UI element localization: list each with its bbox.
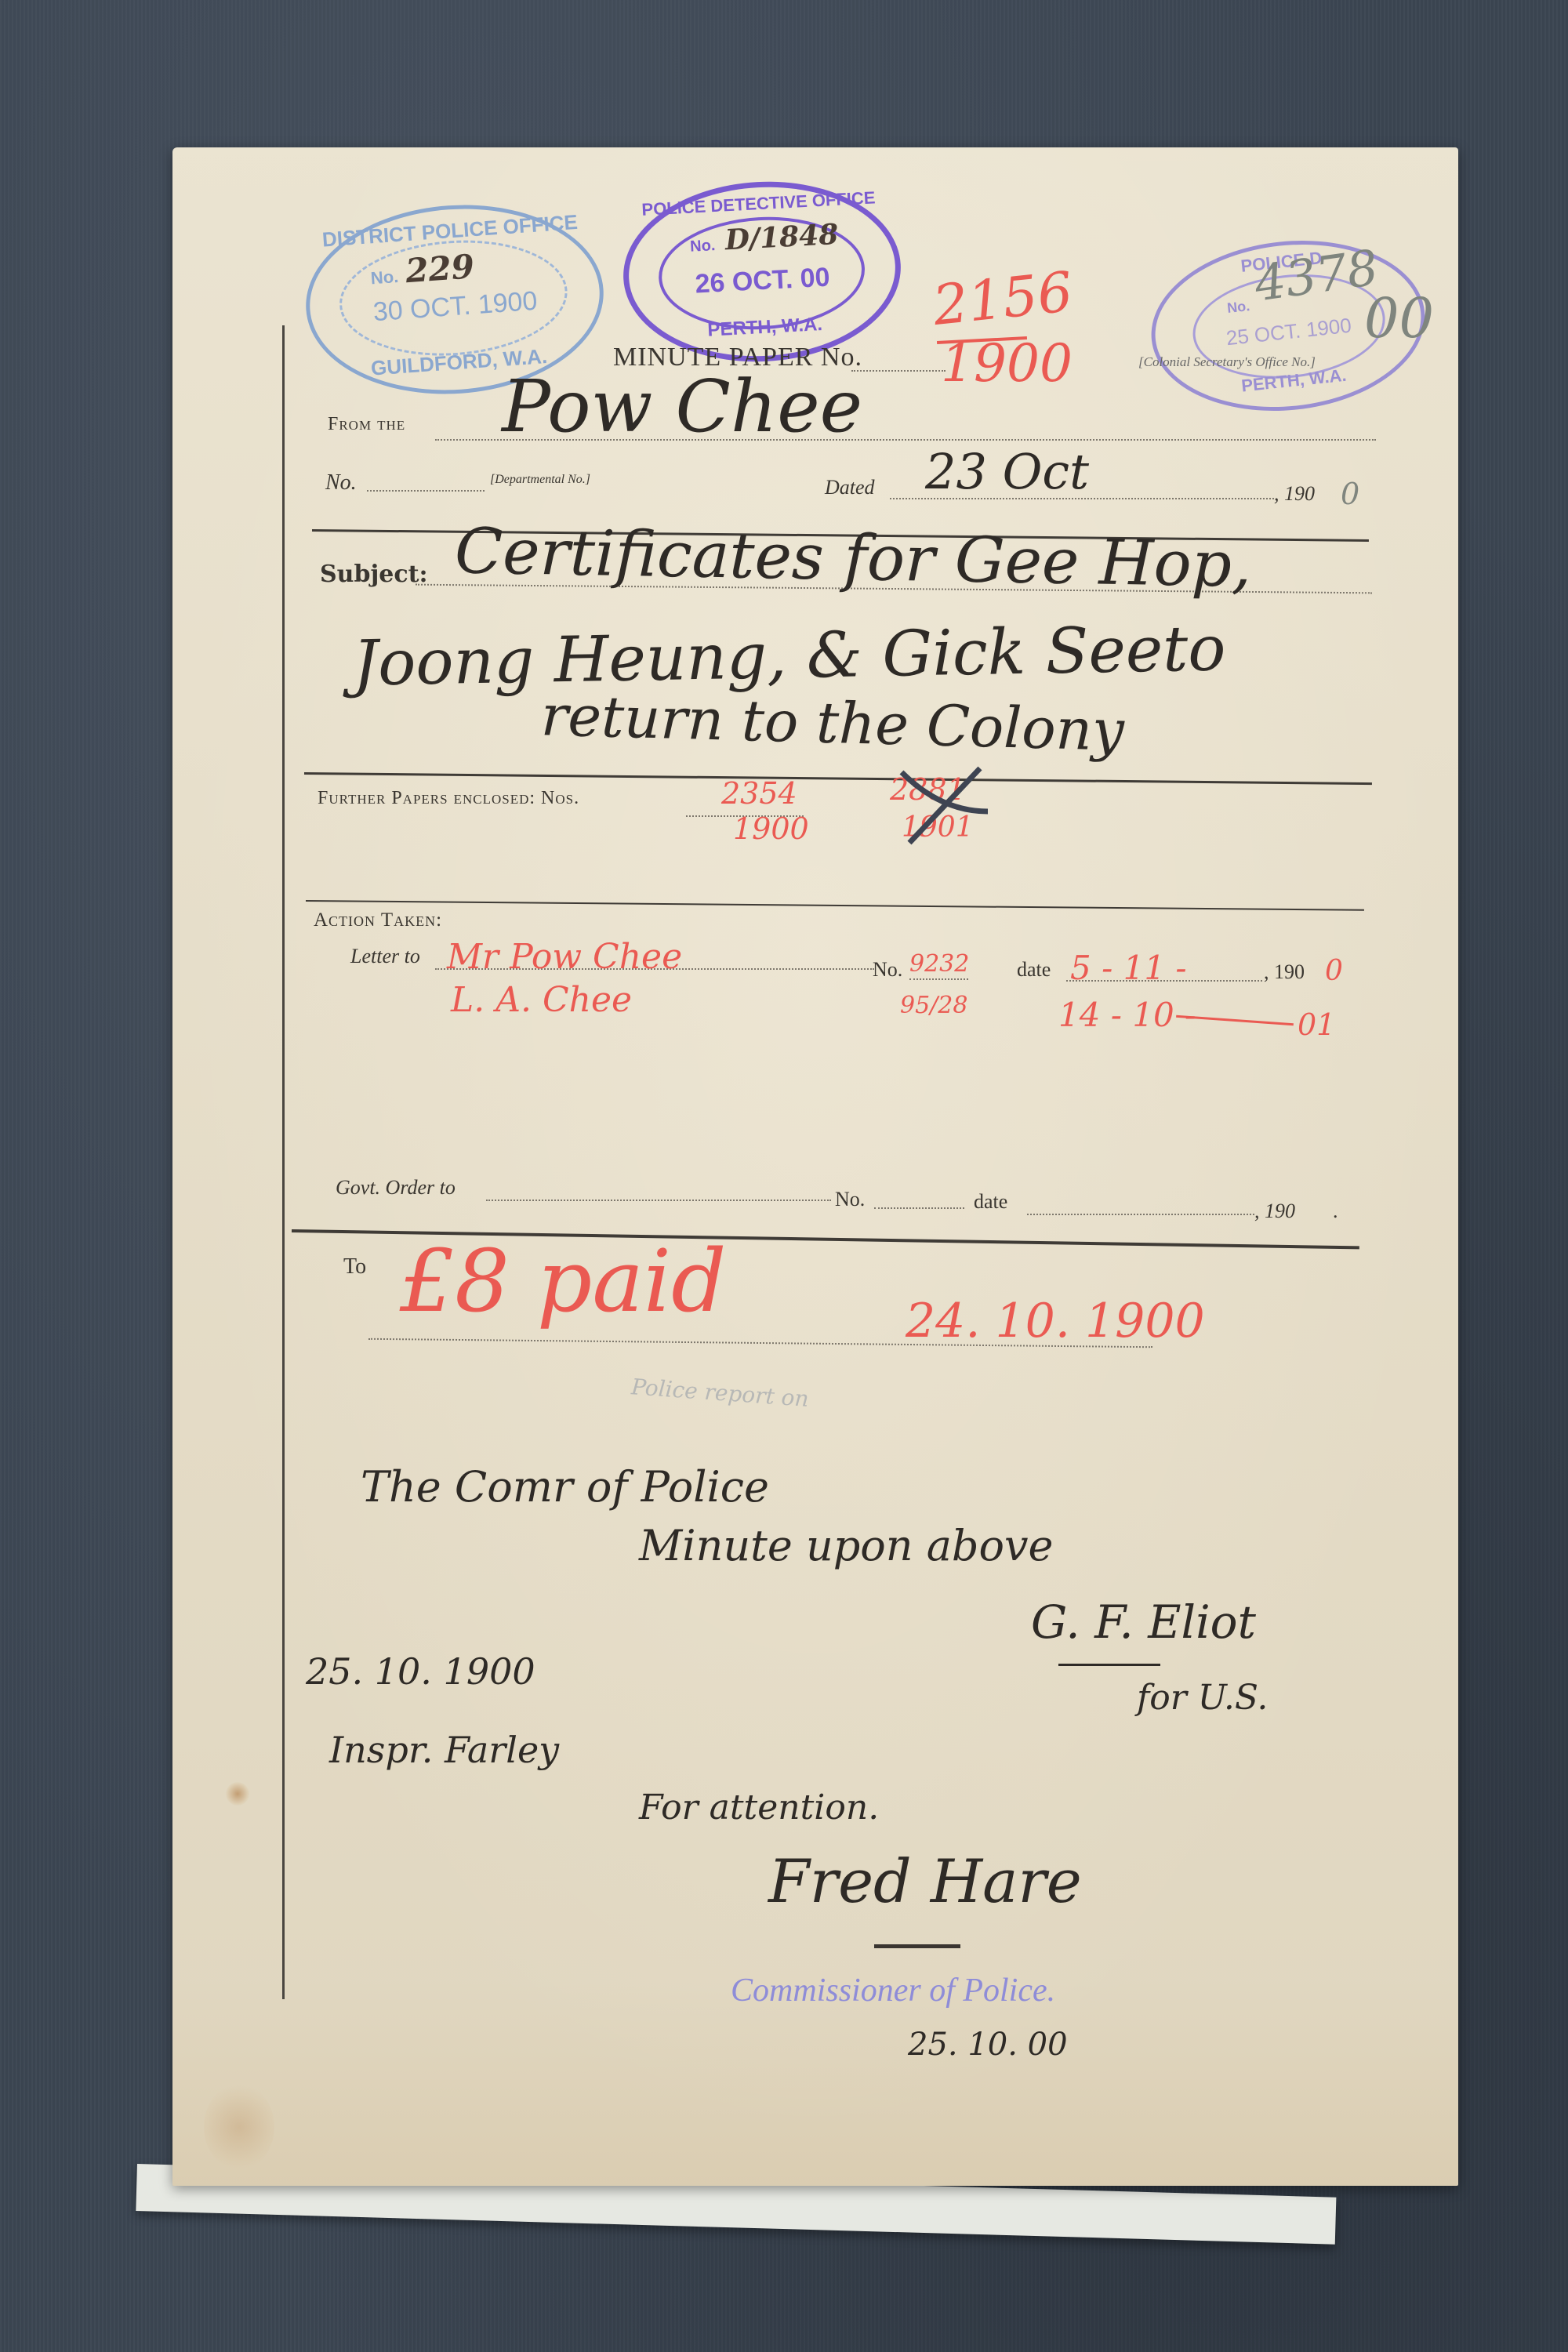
- letter-recipient: Mr Pow Chee: [447, 937, 682, 977]
- letter-number: 95/28: [900, 992, 967, 1019]
- letter-year: 01: [1298, 1007, 1335, 1042]
- minute-date-1: 25. 10. 1900: [306, 1650, 535, 1693]
- to-red-note: £8 paid: [400, 1231, 727, 1331]
- cross-out-mark-icon: [894, 764, 996, 851]
- govt-date-dots: [1027, 1214, 1254, 1215]
- to-red-date: 24. 10. 1900: [906, 1294, 1205, 1348]
- signature-hare-underline: [874, 1944, 960, 1948]
- colonial-secretary-year: 00: [1364, 286, 1434, 350]
- letter-year-prefix: , 190: [1264, 960, 1305, 984]
- letter-to-label: Letter to: [350, 945, 420, 968]
- subject-line-1: Certificates for Gee Hop,: [454, 514, 1252, 601]
- departmental-label: [Departmental No.]: [490, 473, 590, 487]
- minute-body: Minute upon above: [639, 1521, 1053, 1570]
- minute-instruction: For attention.: [639, 1788, 879, 1828]
- stamp-number: 229: [405, 247, 476, 290]
- to-label: To: [343, 1254, 366, 1279]
- further-paper-number: 2354: [721, 776, 797, 811]
- stamp-no-label: No.: [690, 237, 716, 256]
- govt-no-label: No.: [835, 1188, 865, 1211]
- letter-number: 9232: [909, 950, 969, 978]
- signature-eliot-suffix: for U.S.: [1137, 1678, 1268, 1718]
- letter-date: 14 - 10 -: [1058, 996, 1196, 1034]
- govt-year-prefix: , 190: [1254, 1200, 1295, 1223]
- subject-label: Subject:: [320, 561, 428, 588]
- dated-label: Dated: [825, 476, 875, 499]
- commissioner-stamp: Commissioner of Police.: [731, 1972, 1055, 2009]
- stamp-number: D/1848: [724, 218, 840, 257]
- minute-paper-year: 1900: [941, 333, 1073, 394]
- letter-no-dots: [909, 978, 968, 980]
- govt-order-dots: [486, 1200, 831, 1201]
- minute-no-dots: [851, 370, 946, 372]
- dept-no-label: No.: [325, 470, 357, 495]
- water-stain: [204, 2084, 274, 2170]
- signature-eliot: G. F. Eliot: [1031, 1595, 1256, 1649]
- signature-hare: Fred Hare: [768, 1846, 1082, 1916]
- minute-address: The Comr of Police: [361, 1462, 769, 1512]
- left-margin-rule: [282, 325, 285, 1999]
- govt-order-label: Govt. Order to: [336, 1176, 456, 1200]
- action-taken-label: Action Taken:: [314, 909, 442, 931]
- colonial-secretary-label: [Colonial Secretary's Office No.]: [1138, 354, 1316, 370]
- letter-date: 5 - 11 -: [1070, 949, 1187, 987]
- stamp-no-label: No.: [1226, 298, 1250, 317]
- govt-year-suffix: .: [1333, 1200, 1338, 1223]
- govt-date-label: date: [974, 1190, 1007, 1214]
- dated-year-suffix: 0: [1341, 477, 1359, 511]
- minute-to-inspector: Inspr. Farley: [329, 1729, 559, 1771]
- govt-no-dots: [874, 1207, 964, 1209]
- dated-value: 23 Oct: [925, 443, 1089, 500]
- letter-date-label: date: [1017, 958, 1051, 982]
- letter-recipient: L. A. Chee: [451, 980, 632, 1020]
- signature-underline: [1058, 1664, 1160, 1666]
- further-papers-label: Further Papers enclosed: Nos.: [318, 788, 579, 809]
- minute-date-2: 25. 10. 00: [908, 2027, 1068, 2063]
- rust-stain: [226, 1782, 249, 1806]
- from-value: Pow Chee: [502, 365, 862, 448]
- letter-no-label: No.: [873, 958, 902, 982]
- subject-line-2: Joong Heung, & Gick Seeto: [352, 612, 1226, 699]
- further-paper-year: 1900: [733, 811, 809, 846]
- dated-year-prefix: , 190: [1274, 482, 1315, 506]
- dept-no-dots: [367, 490, 485, 492]
- letter-year: 0: [1325, 955, 1343, 987]
- stamp-no-label: No.: [370, 267, 399, 289]
- from-label: From the: [328, 414, 405, 435]
